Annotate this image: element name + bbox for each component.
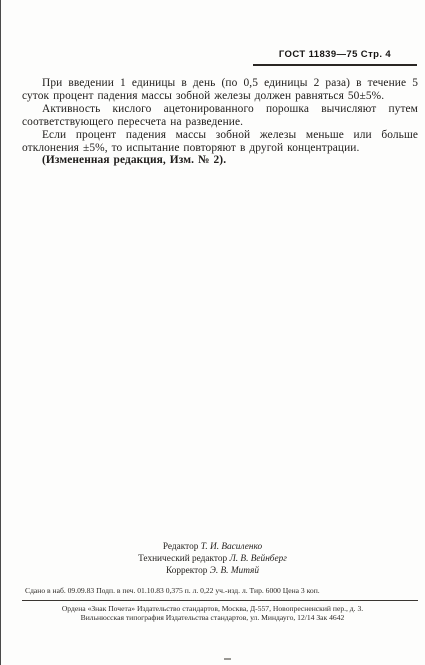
- credit-corrector-name: Э. В. Митяй: [210, 566, 259, 576]
- credit-tech-editor-name: Л. В. Вейнберг: [229, 554, 286, 564]
- page-header-standard-number: ГОСТ 11839—75 Стр. 4: [253, 49, 417, 60]
- credit-editor: Редактор Т. И. Василенко: [0, 541, 425, 553]
- paragraph-deviation: Если процент падения массы зобной железы…: [22, 129, 418, 155]
- credit-tech-editor-label: Технический редактор: [138, 554, 227, 564]
- document-page: ГОСТ 11839—75 Стр. 4 При введении 1 един…: [0, 0, 425, 665]
- body-text: При введении 1 единицы в день (по 0,5 ед…: [22, 77, 418, 167]
- publisher-address-line: Ордена «Знак Почета» Издательство станда…: [0, 604, 425, 613]
- publisher-block: Ордена «Знак Почета» Издательство станда…: [0, 604, 425, 623]
- imprint-print-info: Сдано в наб. 09.09.83 Подп. в печ. 01.10…: [25, 586, 417, 595]
- credit-editor-name: Т. И. Василенко: [201, 542, 262, 552]
- credit-corrector: Корректор Э. В. Митяй: [0, 565, 425, 577]
- paragraph-dosage: При введении 1 единицы в день (по 0,5 ед…: [22, 77, 418, 103]
- credit-editor-label: Редактор: [163, 542, 199, 552]
- credit-corrector-label: Корректор: [166, 566, 207, 576]
- header-underline: [253, 64, 417, 66]
- scan-speck-artifact: [224, 658, 231, 660]
- paragraph-amendment-note: (Измененная редакция, Изм. № 2).: [22, 154, 418, 167]
- paragraph-activity: Активность кислого ацетонированного поро…: [22, 103, 418, 129]
- credit-tech-editor: Технический редактор Л. В. Вейнберг: [0, 553, 425, 565]
- imprint-divider-rule: [22, 600, 418, 601]
- printing-house-line: Вильнюсская типография Издательства стан…: [0, 613, 425, 622]
- credits-block: Редактор Т. И. Василенко Технический ред…: [0, 541, 425, 577]
